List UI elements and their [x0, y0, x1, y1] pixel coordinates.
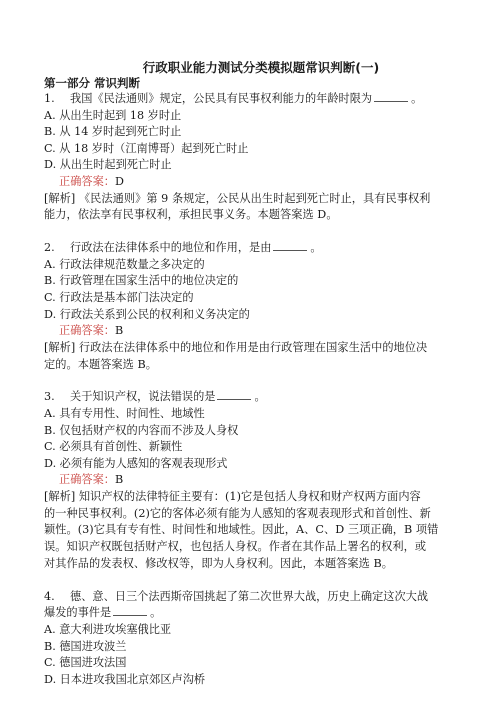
spacer	[44, 373, 464, 389]
option-b: B. 行政管理在国家生活中的地位决定的	[44, 273, 464, 290]
section-title: 第一部分 常识判断	[44, 76, 464, 91]
answer-label: 正确答案：	[59, 324, 115, 337]
document-page: 行政职业能力测试分类模拟题常识判断(一) 第一部分 常识判断 1.我国《民法通则…	[44, 59, 464, 688]
question-stem: 4.德、意、日三个法西斯帝国挑起了第二次世界大战，历史上确定这次大战	[44, 589, 464, 606]
question-text: 德、意、日三个法西斯帝国挑起了第二次世界大战，历史上确定这次大战	[70, 590, 428, 603]
option-a: A. 意大利进攻埃塞俄比亚	[44, 622, 464, 639]
question-4: 4.德、意、日三个法西斯帝国挑起了第二次世界大战，历史上确定这次大战 爆发的事件…	[44, 589, 464, 689]
question-number: 4.	[44, 589, 70, 606]
answer-value: D	[115, 175, 124, 188]
question-stem: 1.我国《民法通则》规定，公民具有民事权利能力的年龄时限为。	[44, 91, 464, 108]
option-b: B. 德国进攻波兰	[44, 639, 464, 656]
option-d: D. 日本进攻我国北京郊区卢沟桥	[44, 672, 464, 689]
question-text: 行政法在法律体系中的地位和作用，是由	[70, 241, 271, 254]
question-stem-continued: 爆发的事件是。	[44, 605, 464, 622]
answer-value: B	[115, 473, 123, 486]
answer-label: 正确答案：	[59, 473, 115, 486]
option-a: A. 行政法律规范数量之多决定的	[44, 257, 464, 274]
question-2: 2.行政法在法律体系中的地位和作用，是由。 A. 行政法律规范数量之多决定的 B…	[44, 240, 464, 373]
spacer	[44, 224, 464, 240]
answer-blank	[217, 389, 251, 400]
question-1: 1.我国《民法通则》规定，公民具有民事权利能力的年龄时限为。 A. 从出生时起到…	[44, 91, 464, 224]
question-stem: 3.关于知识产权，说法错误的是。	[44, 389, 464, 406]
question-text: 关于知识产权，说法错误的是	[70, 390, 215, 403]
answer-blank	[374, 91, 408, 102]
stem-suffix: 。	[411, 92, 422, 105]
question-3: 3.关于知识产权，说法错误的是。 A. 具有专用性、时间性、地域性 B. 仅包括…	[44, 389, 464, 573]
stem-suffix: 。	[310, 241, 321, 254]
spacer	[44, 573, 464, 589]
stem-suffix: 。	[254, 390, 265, 403]
analysis: [解析] 行政法在法律体系中的地位和作用是由行政管理在国家生活中的地位决 定的。…	[44, 340, 462, 374]
analysis: [解析] 知识产权的法律特征主要有：(1)它是包括人身权和财产权两方面内容 的一…	[44, 489, 462, 573]
answer-label: 正确答案：	[59, 175, 115, 188]
question-number: 2.	[44, 240, 70, 257]
question-text: 爆发的事件是	[44, 606, 111, 619]
question-number: 3.	[44, 389, 70, 406]
option-b: B. 从 14 岁时起到死亡时止	[44, 124, 464, 141]
analysis-line: [解析] 知识产权的法律特征主要有：(1)它是包括人身权和财产权两方面内容	[44, 489, 462, 506]
option-b: B. 仅包括财产权的内容而不涉及人身权	[44, 423, 464, 440]
correct-answer: 正确答案：D	[44, 174, 464, 191]
question-stem: 2.行政法在法律体系中的地位和作用，是由。	[44, 240, 464, 257]
option-a: A. 从出生时起到 18 岁时止	[44, 108, 464, 125]
option-d: D. 必须有能为人感知的客观表现形式	[44, 456, 464, 473]
option-d: D. 行政法关系到公民的权利和义务决定的	[44, 307, 464, 324]
document-title: 行政职业能力测试分类模拟题常识判断(一)	[58, 59, 464, 76]
analysis-line: 的一种民事权利。(2)它的客体必须有能为人感知的客观表现形式和首创性、新	[44, 506, 462, 523]
analysis-line: 颖性。(3)它具有专有性、时间性和地域性。因此，A、C、D 三项正确，B 项错	[44, 522, 462, 539]
answer-blank	[113, 605, 147, 616]
analysis-line: 对其作品的发表权、修改权等，即为人身权利。因此，本题答案选 B。	[44, 556, 462, 573]
correct-answer: 正确答案：B	[44, 323, 464, 340]
analysis-line: [解析] 《民法通则》第 9 条规定，公民从出生时起到死亡时止，具有民事权利	[44, 191, 462, 208]
option-c: C. 必须具有首创性、新颖性	[44, 439, 464, 456]
analysis-line: 能力，依法享有民事权利，承担民事义务。本题答案选 D。	[44, 207, 462, 224]
correct-answer: 正确答案：B	[44, 472, 464, 489]
stem-suffix: 。	[150, 606, 161, 619]
question-text: 我国《民法通则》规定，公民具有民事权利能力的年龄时限为	[70, 92, 372, 105]
answer-blank	[273, 240, 307, 251]
option-c: C. 德国进攻法国	[44, 655, 464, 672]
analysis-line: [解析] 行政法在法律体系中的地位和作用是由行政管理在国家生活中的地位决	[44, 340, 462, 357]
analysis: [解析] 《民法通则》第 9 条规定，公民从出生时起到死亡时止，具有民事权利 能…	[44, 191, 462, 225]
analysis-line: 定的。本题答案选 B。	[44, 357, 462, 374]
option-a: A. 具有专用性、时间性、地域性	[44, 406, 464, 423]
analysis-line: 误。知识产权既包括财产权，也包括人身权。作者在其作品上署名的权利，或	[44, 539, 462, 556]
option-d: D. 从出生时起到死亡时止	[44, 157, 464, 174]
option-c: C. 行政法是基本部门法决定的	[44, 290, 464, 307]
option-c: C. 从 18 岁时（江南博哥）起到死亡时止	[44, 141, 464, 158]
question-number: 1.	[44, 91, 70, 108]
answer-value: B	[115, 324, 123, 337]
